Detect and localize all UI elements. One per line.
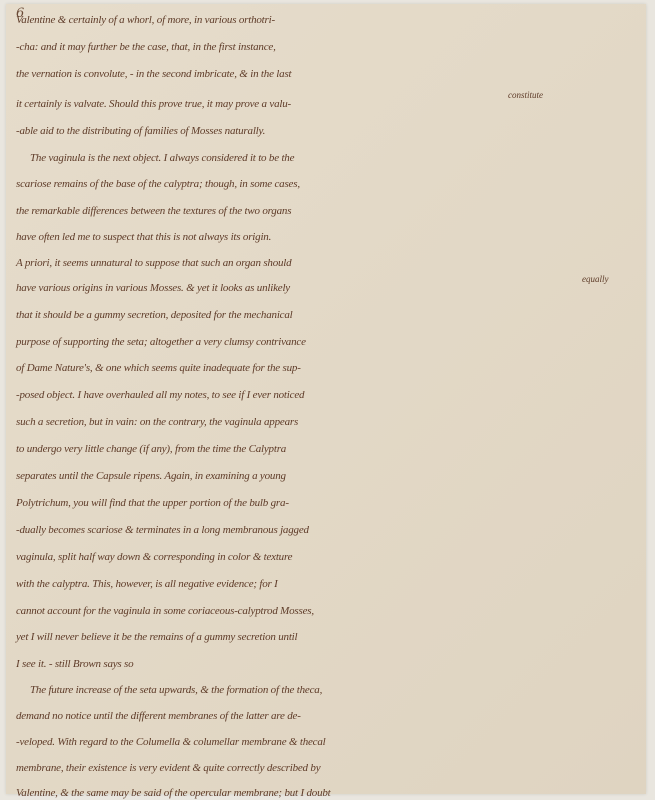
text-line-28: -veloped. With regard to the Columella &… (16, 736, 642, 748)
text-line-4: it certainly is valvate. Should this pro… (16, 98, 642, 110)
text-line-9: have often led me to suspect that this i… (16, 231, 642, 243)
text-line-2: -cha: and it may further be the case, th… (16, 41, 642, 53)
text-line-12: that it should be a gummy secretion, dep… (16, 309, 642, 321)
text-line-24: yet I will never believe it be the remai… (16, 631, 642, 643)
text-line-5: -able aid to the distributing of familie… (16, 125, 642, 137)
text-line-8: the remarkable differences between the t… (16, 205, 642, 217)
text-line-26: The future increase of the seta upwards,… (16, 684, 642, 696)
text-line-23: cannot account for the vaginula in some … (16, 605, 642, 617)
text-line-1: Valentine & certainly of a whorl, of mor… (16, 14, 642, 26)
text-line-30: Valentine, & the same may be said of the… (16, 787, 642, 799)
text-line-13: purpose of supporting the seta; altogeth… (16, 336, 642, 348)
text-line-27: demand no notice until the different mem… (16, 710, 642, 722)
text-line-20: -dually becomes scariose & terminates in… (16, 524, 642, 536)
text-line-16: such a secretion, but in vain: on the co… (16, 416, 642, 428)
text-line-10: A priori, it seems unnatural to suppose … (16, 257, 642, 269)
text-line-22: with the calyptra. This, however, is all… (16, 578, 642, 590)
text-line-29: membrane, their existence is very eviden… (16, 762, 642, 774)
text-line-15: -posed object. I have overhauled all my … (16, 389, 642, 401)
text-line-7: scariose remains of the base of the caly… (16, 178, 642, 190)
text-line-6: The vaginula is the next object. I alway… (16, 152, 642, 164)
text-line-21: vaginula, split half way down & correspo… (16, 551, 642, 563)
text-line-18: separates until the Capsule ripens. Agai… (16, 470, 642, 482)
text-line-19: Polytrichum, you will find that the uppe… (16, 497, 642, 509)
text-line-17: to undergo very little change (if any), … (16, 443, 642, 455)
text-line-25: I see it. - still Brown says so (16, 658, 642, 670)
manuscript-page: 6 Valentine & certainly of a whorl, of m… (6, 4, 646, 794)
text-line-11: have various origins in various Mosses. … (16, 282, 642, 294)
text-line-3: the vernation is convolute, - in the sec… (16, 68, 642, 80)
text-line-14: of Dame Nature's, & one which seems quit… (16, 362, 642, 374)
